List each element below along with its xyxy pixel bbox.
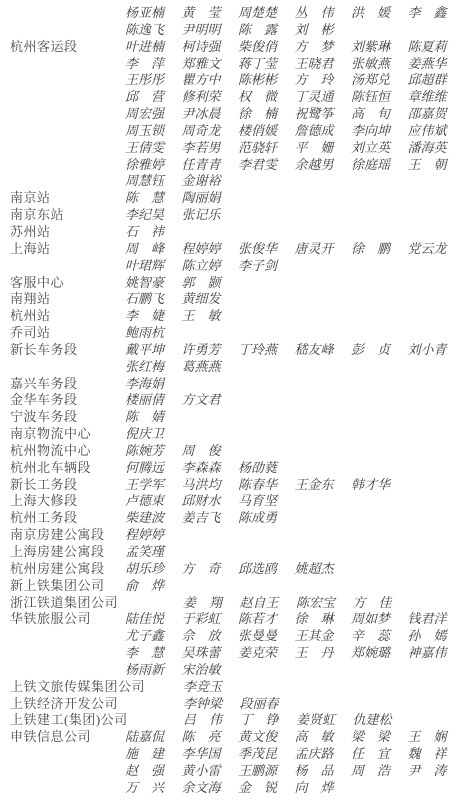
roster-row: 周慧钰金谢裕 — [0, 173, 475, 190]
person-name: 马育坚 — [238, 493, 277, 510]
roster-row: 杭州客运段叶进楠柯诗强柴俊俏方 梦刘紫琳陈夏莉 — [0, 39, 475, 56]
unit-label: 南翔站 — [10, 291, 51, 308]
roster-row: 金华车务段楼丽倩方文君 — [0, 392, 475, 409]
person-name: 任 宜 — [351, 746, 390, 763]
person-name: 戴平坤 — [125, 342, 164, 359]
unit-label: 杭州房建公寓段 — [10, 561, 105, 578]
names-group: 杨亚楠黄 莹周楚楚丛 伟洪 媛李 鑫 — [125, 5, 447, 22]
roster-row: 南京东站李纪昊张记乐 — [0, 207, 475, 224]
unit-label: 南京物流中心 — [10, 426, 91, 443]
roster-row: 浙江铁道集团公司姜 翔赵自王陈宏宝方 佳 — [0, 595, 475, 612]
names-group: 周 峰程婷婷张俊华唐灵开徐 鹏党云龙 — [125, 241, 447, 258]
person-name: 李君雯 — [238, 157, 277, 174]
roster-row: 李 慧吴珠蕾姜克荣王 丹郑婉璐神嘉伟 — [0, 645, 475, 662]
person-name: 石 祎 — [125, 224, 164, 241]
person-name: 唐灵开 — [295, 241, 334, 258]
person-name: 周玉锁 — [125, 123, 164, 140]
names-group: 周宏强尹冰晨徐 楠祝鹭筝高 旬邵嘉贺 — [125, 106, 447, 123]
person-name: 邵嘉贺 — [408, 106, 447, 123]
person-name: 徐庭瑶 — [351, 157, 390, 174]
roster-row: 申铁信息公司陆嘉侃陈 亮黄文俊高 敏梁 梁王 娴 — [0, 729, 475, 746]
roster-row: 杭州房建公寓段胡乐珍方 奇邱选鸥姚超杰 — [0, 561, 475, 578]
names-group: 陈婉芳周 俊 — [125, 443, 221, 460]
person-name: 方 玲 — [295, 72, 334, 89]
person-name: 柴建波 — [125, 510, 164, 527]
person-name: 刘 彬 — [295, 22, 334, 39]
person-name: 王其金 — [295, 628, 334, 645]
person-name: 王倩雯 — [125, 140, 164, 157]
names-group: 何腾远李森森杨劭蕤 — [125, 460, 277, 477]
person-name: 杨雨新 — [125, 662, 164, 679]
names-group: 赵 强黄小雷王鹏源杨 品周 浩尹 涛 — [125, 763, 447, 780]
person-name: 陈 慧 — [125, 190, 164, 207]
person-name: 李海娟 — [125, 376, 164, 393]
person-name: 徐雅婷 — [125, 157, 164, 174]
person-name: 党云龙 — [408, 241, 447, 258]
person-name: 方文君 — [182, 392, 221, 409]
person-name: 张红梅 — [125, 359, 164, 376]
person-name: 孟庆路 — [295, 746, 334, 763]
person-name: 楼丽倩 — [125, 392, 164, 409]
person-name: 李向坤 — [351, 123, 390, 140]
person-name: 柴俊俏 — [238, 39, 277, 56]
roster-row: 王倩雯李若男范骁轩平 姗刘立英潘海英 — [0, 140, 475, 157]
person-name: 胡乐珍 — [125, 561, 164, 578]
roster-row: 李 萍郑雅文蒋丁莹王晓君张敏燕姜燕华 — [0, 56, 475, 73]
person-name: 周如梦 — [351, 611, 390, 628]
roster-row: 上海房建公寓段孟笑瑾 — [0, 544, 475, 561]
person-name: 尤子鑫 — [125, 628, 164, 645]
person-name: 辛 蕊 — [351, 628, 390, 645]
names-group: 倪庆卫 — [125, 426, 164, 443]
roster-row: 上铁经济开发公司李钟梁段丽春 — [0, 696, 475, 713]
person-name: 杨劭蕤 — [238, 460, 277, 477]
person-name: 方 奇 — [182, 561, 221, 578]
person-name: 姚智豪 — [125, 275, 164, 292]
names-group: 王彤彤瞿方中陈彬彬方 玲汤郑兑邱超群 — [125, 72, 447, 89]
names-group: 石 祎 — [125, 224, 164, 241]
person-name: 张俊华 — [238, 241, 277, 258]
person-name: 王晓君 — [295, 56, 334, 73]
person-name: 赵 强 — [125, 763, 164, 780]
person-name: 周宏强 — [125, 106, 164, 123]
person-name: 许勇芳 — [182, 342, 221, 359]
person-name: 洪 媛 — [351, 5, 390, 22]
person-name: 李钟梁 — [183, 696, 222, 713]
names-group: 戴平坤许勇芳丁玲燕嵇友峰彭 贞刘小青 — [125, 342, 447, 359]
person-name: 周 浩 — [351, 763, 390, 780]
person-name: 平 姗 — [295, 140, 334, 157]
person-name: 汤郑兑 — [351, 72, 390, 89]
names-group: 陈 婧 — [125, 409, 164, 426]
unit-label: 华铁旅服公司 — [10, 611, 91, 628]
unit-label: 宁波车务段 — [10, 409, 78, 426]
person-name: 王 娴 — [408, 729, 447, 746]
roster-row: 杭州物流中心陈婉芳周 俊 — [0, 443, 475, 460]
document-page: 杨亚楠黄 莹周楚楚丛 伟洪 媛李 鑫陈逸飞尹明明陈 露刘 彬杭州客运段叶进楠柯诗… — [0, 0, 475, 802]
person-name: 李 婕 — [125, 308, 164, 325]
person-name: 应伟斌 — [408, 123, 447, 140]
names-group: 鲍雨杭 — [125, 325, 164, 342]
names-group: 李 婕王 敏 — [125, 308, 221, 325]
names-group: 柴建波姜吉飞陈成勇 — [125, 510, 277, 527]
roster-row: 南翔站石鹏飞黄细发 — [0, 291, 475, 308]
person-name: 陈宏宝 — [296, 595, 335, 612]
roster-row: 杭州工务段柴建波姜吉飞陈成勇 — [0, 510, 475, 527]
person-name: 黄小雷 — [182, 763, 221, 780]
person-name: 仇建松 — [353, 712, 392, 729]
roster-row: 张红梅葛燕燕 — [0, 359, 475, 376]
person-name: 丁灵通 — [295, 89, 334, 106]
person-name: 段丽春 — [240, 696, 279, 713]
person-name: 陈夏莉 — [408, 39, 447, 56]
person-name: 张记乐 — [182, 207, 221, 224]
person-name: 蒋丁莹 — [238, 56, 277, 73]
person-name: 李竞玉 — [183, 679, 222, 696]
unit-label: 上铁经济开发公司 — [10, 696, 118, 713]
roster-row: 杨亚楠黄 莹周楚楚丛 伟洪 媛李 鑫 — [0, 5, 475, 22]
unit-label: 南京房建公寓段 — [10, 527, 105, 544]
roster-row: 尤子鑫佘 放张曼曼王其金辛 蕊孙 嫣 — [0, 628, 475, 645]
person-name: 丛 伟 — [295, 5, 334, 22]
person-name: 黄文俊 — [238, 729, 277, 746]
unit-label: 乔司站 — [10, 325, 51, 342]
person-name: 邱 营 — [125, 89, 164, 106]
unit-label: 苏州站 — [10, 224, 51, 241]
unit-label: 杭州物流中心 — [10, 443, 91, 460]
person-name: 叶进楠 — [125, 39, 164, 56]
roster-row: 周宏强尹冰晨徐 楠祝鹭筝高 旬邵嘉贺 — [0, 106, 475, 123]
unit-label: 南京站 — [10, 190, 51, 207]
person-name: 陆佳悦 — [125, 611, 164, 628]
roster-row: 邱 营修利荣权 微丁灵通陈钰恒章维维 — [0, 89, 475, 106]
person-name: 李若男 — [182, 140, 221, 157]
unit-label: 客服中心 — [10, 275, 64, 292]
unit-label: 新长车务段 — [10, 342, 78, 359]
person-name: 张敏燕 — [351, 56, 390, 73]
person-name: 王 朝 — [408, 157, 447, 174]
person-name: 李子剑 — [238, 258, 277, 275]
person-name: 周 俊 — [182, 443, 221, 460]
roster-row: 上铁建工(集团)公司吕 伟丁 铮姜贤虹仇建松 — [0, 712, 475, 729]
person-name: 赵自王 — [240, 595, 279, 612]
roster-row: 南京房建公寓段程婷婷 — [0, 527, 475, 544]
names-group: 王学军马洪均陈春华王金东韩才华 — [125, 477, 390, 494]
person-name: 邱财水 — [182, 493, 221, 510]
person-name: 叶珺辉 — [125, 258, 164, 275]
names-group: 陈 慧陶丽娟 — [125, 190, 221, 207]
unit-label: 新上铁集团公司 — [10, 578, 105, 595]
person-name: 姜燕华 — [408, 56, 447, 73]
unit-label: 杭州客运段 — [10, 39, 78, 56]
person-name: 杨 品 — [295, 763, 334, 780]
person-name: 陈钰恒 — [351, 89, 390, 106]
unit-label: 浙江铁道集团公司 — [10, 595, 118, 612]
person-name: 陆嘉侃 — [125, 729, 164, 746]
person-name: 李华国 — [182, 746, 221, 763]
person-name: 杨亚楠 — [125, 5, 164, 22]
names-group: 卢德束邱财水马育坚 — [125, 493, 277, 510]
person-name: 施 建 — [125, 746, 164, 763]
unit-label: 杭州站 — [10, 308, 51, 325]
person-name: 祝鹭筝 — [295, 106, 334, 123]
person-name: 俞 烨 — [125, 578, 164, 595]
unit-label: 上海站 — [10, 241, 51, 258]
names-group: 陈逸飞尹明明陈 露刘 彬 — [125, 22, 334, 39]
person-name: 王 丹 — [295, 645, 334, 662]
person-name: 姜克荣 — [238, 645, 277, 662]
roster-row: 乔司站鲍雨杭 — [0, 325, 475, 342]
person-name: 李 慧 — [125, 645, 164, 662]
names-group: 石鹏飞黄细发 — [125, 291, 221, 308]
unit-label: 上铁文旅传媒集团公司 — [10, 679, 145, 696]
person-name: 刘紫琳 — [351, 39, 390, 56]
person-name: 于彩虹 — [182, 611, 221, 628]
person-name: 姜吉飞 — [182, 510, 221, 527]
person-name: 马洪均 — [182, 477, 221, 494]
person-name: 万 兴 — [125, 780, 164, 797]
names-group: 程婷婷 — [125, 527, 164, 544]
person-name: 黄细发 — [182, 291, 221, 308]
person-name: 李 萍 — [125, 56, 164, 73]
person-name: 丁玲燕 — [238, 342, 277, 359]
unit-label: 申铁信息公司 — [10, 729, 91, 746]
names-group: 徐雅婷任青青李君雯余越男徐庭瑶王 朝 — [125, 157, 447, 174]
unit-label: 上铁建工(集团)公司 — [10, 712, 128, 729]
names-group: 叶珺辉陈立婷李子剑 — [125, 258, 277, 275]
roster-row: 王彤彤瞿方中陈彬彬方 玲汤郑兑邱超群 — [0, 72, 475, 89]
unit-label: 杭州工务段 — [10, 510, 78, 527]
names-group: 李 慧吴珠蕾姜克荣王 丹郑婉璐神嘉伟 — [125, 645, 447, 662]
names-group: 张红梅葛燕燕 — [125, 359, 221, 376]
names-group: 吕 伟丁 铮姜贤虹仇建松 — [183, 712, 392, 729]
person-name: 潘海英 — [408, 140, 447, 157]
names-group: 杨雨新宋治敏 — [125, 662, 221, 679]
names-group: 周慧钰金谢裕 — [125, 173, 221, 190]
names-group: 叶进楠柯诗强柴俊俏方 梦刘紫琳陈夏莉 — [125, 39, 447, 56]
roster-row: 嘉兴车务段李海娟 — [0, 376, 475, 393]
person-name: 神嘉伟 — [408, 645, 447, 662]
names-group: 李钟梁段丽春 — [183, 696, 279, 713]
person-name: 陈 露 — [238, 22, 277, 39]
person-name: 方 梦 — [295, 39, 334, 56]
person-name: 丁 铮 — [240, 712, 279, 729]
names-group: 俞 烨 — [125, 578, 164, 595]
person-name: 权 微 — [238, 89, 277, 106]
roster-row: 万 兴余文海金 锐向 烨 — [0, 780, 475, 797]
roster-row: 赵 强黄小雷王鹏源杨 品周 浩尹 涛 — [0, 763, 475, 780]
person-name: 鲍雨杭 — [125, 325, 164, 342]
names-group: 邱 营修利荣权 微丁灵通陈钰恒章维维 — [125, 89, 447, 106]
person-name: 黄 莹 — [182, 5, 221, 22]
roster-row: 杭州北车辆段何腾远李森森杨劭蕤 — [0, 460, 475, 477]
person-name: 孙 嫣 — [408, 628, 447, 645]
person-name: 陈 婧 — [125, 409, 164, 426]
roster-row: 苏州站石 祎 — [0, 224, 475, 241]
roster-row: 叶珺辉陈立婷李子剑 — [0, 258, 475, 275]
roster-row: 徐雅婷任青青李君雯余越男徐庭瑶王 朝 — [0, 157, 475, 174]
person-name: 姜 翔 — [183, 595, 222, 612]
names-group: 陆嘉侃陈 亮黄文俊高 敏梁 梁王 娴 — [125, 729, 447, 746]
roster-row: 宁波车务段陈 婧 — [0, 409, 475, 426]
roster-row: 新长车务段戴平坤许勇芳丁玲燕嵇友峰彭 贞刘小青 — [0, 342, 475, 359]
person-name: 王 敏 — [182, 308, 221, 325]
names-group: 楼丽倩方文君 — [125, 392, 221, 409]
names-group: 姚智豪郭 颢 — [125, 275, 221, 292]
person-name: 嵇友峰 — [295, 342, 334, 359]
person-name: 尹明明 — [182, 22, 221, 39]
roster-row: 施 建李华国季茂昆孟庆路任 宜魏 祥 — [0, 746, 475, 763]
person-name: 修利荣 — [182, 89, 221, 106]
person-name: 吴珠蕾 — [182, 645, 221, 662]
person-name: 徐 楠 — [238, 106, 277, 123]
names-group: 王倩雯李若男范骁轩平 姗刘立英潘海英 — [125, 140, 447, 157]
person-name: 章维维 — [408, 89, 447, 106]
person-name: 邱选鸥 — [238, 561, 277, 578]
unit-label: 嘉兴车务段 — [10, 376, 78, 393]
names-group: 陆佳悦于彩虹陈若才徐 琳周如梦钱君洋 — [125, 611, 447, 628]
person-name: 陈 亮 — [182, 729, 221, 746]
unit-label: 上海房建公寓段 — [10, 544, 105, 561]
person-name: 吕 伟 — [183, 712, 222, 729]
names-group: 李纪昊张记乐 — [125, 207, 221, 224]
person-name: 程婷婷 — [125, 527, 164, 544]
person-name: 陈若才 — [238, 611, 277, 628]
names-group: 周玉锁周奇龙楼俏媛詹德成李向坤应伟斌 — [125, 123, 447, 140]
person-name: 陈婉芳 — [125, 443, 164, 460]
unit-label: 南京东站 — [10, 207, 64, 224]
person-name: 高 敏 — [295, 729, 334, 746]
person-name: 尹 涛 — [408, 763, 447, 780]
roster-row: 杨雨新宋治敏 — [0, 662, 475, 679]
person-name: 任青青 — [182, 157, 221, 174]
person-name: 李 鑫 — [408, 5, 447, 22]
person-name: 郭 颢 — [182, 275, 221, 292]
person-name: 周 峰 — [125, 241, 164, 258]
person-name: 陈春华 — [238, 477, 277, 494]
person-name: 邱超群 — [408, 72, 447, 89]
person-name: 王鹏源 — [238, 763, 277, 780]
roster-row: 南京站陈 慧陶丽娟 — [0, 190, 475, 207]
person-name: 郑婉璐 — [351, 645, 390, 662]
person-name: 钱君洋 — [408, 611, 447, 628]
roster-row: 华铁旅服公司陆佳悦于彩虹陈若才徐 琳周如梦钱君洋 — [0, 611, 475, 628]
person-name: 何腾远 — [125, 460, 164, 477]
person-name: 陈成勇 — [238, 510, 277, 527]
roster-row: 新长工务段王学军马洪均陈春华王金东韩才华 — [0, 477, 475, 494]
roster-row: 上海大修段卢德束邱财水马育坚 — [0, 493, 475, 510]
person-name: 魏 祥 — [408, 746, 447, 763]
person-name: 王学军 — [125, 477, 164, 494]
roster-row: 上铁文旅传媒集团公司李竞玉 — [0, 679, 475, 696]
names-group: 尤子鑫佘 放张曼曼王其金辛 蕊孙 嫣 — [125, 628, 447, 645]
person-name: 瞿方中 — [182, 72, 221, 89]
person-name: 姜贤虹 — [296, 712, 335, 729]
person-name: 余越男 — [295, 157, 334, 174]
unit-label: 杭州北车辆段 — [10, 460, 91, 477]
roster-row: 上海站周 峰程婷婷张俊华唐灵开徐 鹏党云龙 — [0, 241, 475, 258]
person-name: 向 烨 — [295, 780, 334, 797]
person-name: 季茂昆 — [238, 746, 277, 763]
person-name: 孟笑瑾 — [125, 544, 164, 561]
person-name: 余文海 — [182, 780, 221, 797]
person-name: 王彤彤 — [125, 72, 164, 89]
roster-row: 陈逸飞尹明明陈 露刘 彬 — [0, 22, 475, 39]
names-group: 万 兴余文海金 锐向 烨 — [125, 780, 334, 797]
person-name: 周慧钰 — [125, 173, 164, 190]
person-name: 王金东 — [295, 477, 334, 494]
person-name: 李森森 — [182, 460, 221, 477]
person-name: 葛燕燕 — [182, 359, 221, 376]
person-name: 詹德成 — [295, 123, 334, 140]
person-name: 尹冰晨 — [182, 106, 221, 123]
person-name: 陶丽娟 — [182, 190, 221, 207]
unit-label: 新长工务段 — [10, 477, 78, 494]
person-name: 卢德束 — [125, 493, 164, 510]
person-name: 倪庆卫 — [125, 426, 164, 443]
names-group: 孟笑瑾 — [125, 544, 164, 561]
person-name: 周楚楚 — [238, 5, 277, 22]
names-group: 李 萍郑雅文蒋丁莹王晓君张敏燕姜燕华 — [125, 56, 447, 73]
roster-row: 客服中心姚智豪郭 颢 — [0, 275, 475, 292]
person-name: 韩才华 — [351, 477, 390, 494]
unit-label: 金华车务段 — [10, 392, 78, 409]
person-name: 宋治敏 — [182, 662, 221, 679]
person-name: 柯诗强 — [182, 39, 221, 56]
person-name: 周奇龙 — [182, 123, 221, 140]
names-group: 胡乐珍方 奇邱选鸥姚超杰 — [125, 561, 334, 578]
person-name: 陈彬彬 — [238, 72, 277, 89]
person-name: 范骁轩 — [238, 140, 277, 157]
person-name: 姚超杰 — [295, 561, 334, 578]
person-name: 徐 琳 — [295, 611, 334, 628]
names-group: 李竞玉 — [183, 679, 222, 696]
person-name: 刘立英 — [351, 140, 390, 157]
person-name: 方 佳 — [353, 595, 392, 612]
person-name: 梁 梁 — [351, 729, 390, 746]
person-name: 彭 贞 — [351, 342, 390, 359]
person-name: 陈逸飞 — [125, 22, 164, 39]
roster-row: 杭州站李 婕王 敏 — [0, 308, 475, 325]
names-group: 施 建李华国季茂昆孟庆路任 宜魏 祥 — [125, 746, 447, 763]
person-name: 高 旬 — [351, 106, 390, 123]
person-name: 陈立婷 — [182, 258, 221, 275]
person-name: 程婷婷 — [182, 241, 221, 258]
person-name: 佘 放 — [182, 628, 221, 645]
person-name: 徐 鹏 — [351, 241, 390, 258]
roster-row: 南京物流中心倪庆卫 — [0, 426, 475, 443]
roster-row: 周玉锁周奇龙楼俏媛詹德成李向坤应伟斌 — [0, 123, 475, 140]
roster-row: 新上铁集团公司俞 烨 — [0, 578, 475, 595]
person-name: 石鹏飞 — [125, 291, 164, 308]
person-name: 金谢裕 — [182, 173, 221, 190]
person-name: 刘小青 — [408, 342, 447, 359]
person-name: 张曼曼 — [238, 628, 277, 645]
names-group: 姜 翔赵自王陈宏宝方 佳 — [183, 595, 392, 612]
person-name: 金 锐 — [238, 780, 277, 797]
person-name: 李纪昊 — [125, 207, 164, 224]
unit-label: 上海大修段 — [10, 493, 78, 510]
person-name: 楼俏媛 — [238, 123, 277, 140]
person-name: 郑雅文 — [182, 56, 221, 73]
names-group: 李海娟 — [125, 376, 164, 393]
